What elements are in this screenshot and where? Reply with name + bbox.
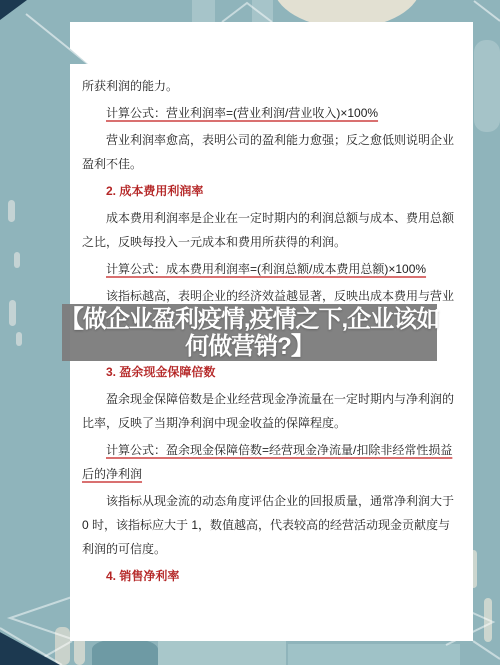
navy-corner-triangle bbox=[0, 630, 60, 665]
brush-stroke bbox=[55, 627, 70, 665]
watercolor-drip bbox=[9, 300, 16, 326]
watercolor-wash bbox=[474, 40, 500, 132]
formula-cost-ratio: 计算公式：成本费用利润率=(利润总额/成本费用总额)×100% bbox=[82, 257, 457, 281]
paragraph-cost-ratio: 成本费用利润率是企业在一定时期内的利润总额与成本、费用总额之比，反映每投入一元成… bbox=[82, 206, 457, 254]
watercolor-drip bbox=[8, 200, 15, 222]
section-heading-3: 3. 盈余现金保障倍数 bbox=[82, 360, 457, 384]
watercolor-light-blob bbox=[158, 641, 286, 665]
paragraph-intro-tail: 所获利润的能力。 bbox=[82, 74, 457, 98]
formula-operating-profit: 计算公式：营业利润率=(营业利润/营业收入)×100% bbox=[82, 101, 457, 125]
watercolor-drip bbox=[16, 332, 22, 346]
watercolor-tape-strip bbox=[192, 0, 215, 23]
formula-cash-coverage: 计算公式：盈余现金保障倍数=经营现金净流量/扣除非经常性损益后的净利润 bbox=[82, 438, 457, 486]
video-title-overlay: 【做企业盈利疫情,疫情之下,企业该如 何做营销?】 bbox=[62, 304, 437, 361]
watercolor-tape-strip bbox=[252, 0, 273, 23]
title-line-1: 【做企业盈利疫情,疫情之下,企业该如 bbox=[60, 306, 439, 333]
title-line-2: 何做营销?】 bbox=[185, 333, 314, 360]
section-heading-4: 4. 销售净利率 bbox=[82, 564, 457, 588]
section-heading-2: 2. 成本费用利润率 bbox=[82, 179, 457, 203]
watercolor-dark-blob bbox=[92, 639, 158, 665]
watercolor-drip bbox=[14, 252, 20, 268]
paragraph-cash-coverage: 盈余现金保障倍数是企业经营现金净流量在一定时期内与净利润的比率，反映了当期净利润… bbox=[82, 387, 457, 435]
watercolor-light-blob bbox=[288, 644, 460, 665]
brush-stroke bbox=[484, 598, 492, 642]
paragraph-cash-coverage-note: 该指标从现金流的动态角度评估企业的回报质量，通常净利润大于 0 时，该指标应大于… bbox=[82, 489, 457, 561]
paragraph-operating-profit: 营业利润率愈高，表明公司的盈利能力愈强；反之愈低则说明企业盈利不佳。 bbox=[82, 128, 457, 176]
